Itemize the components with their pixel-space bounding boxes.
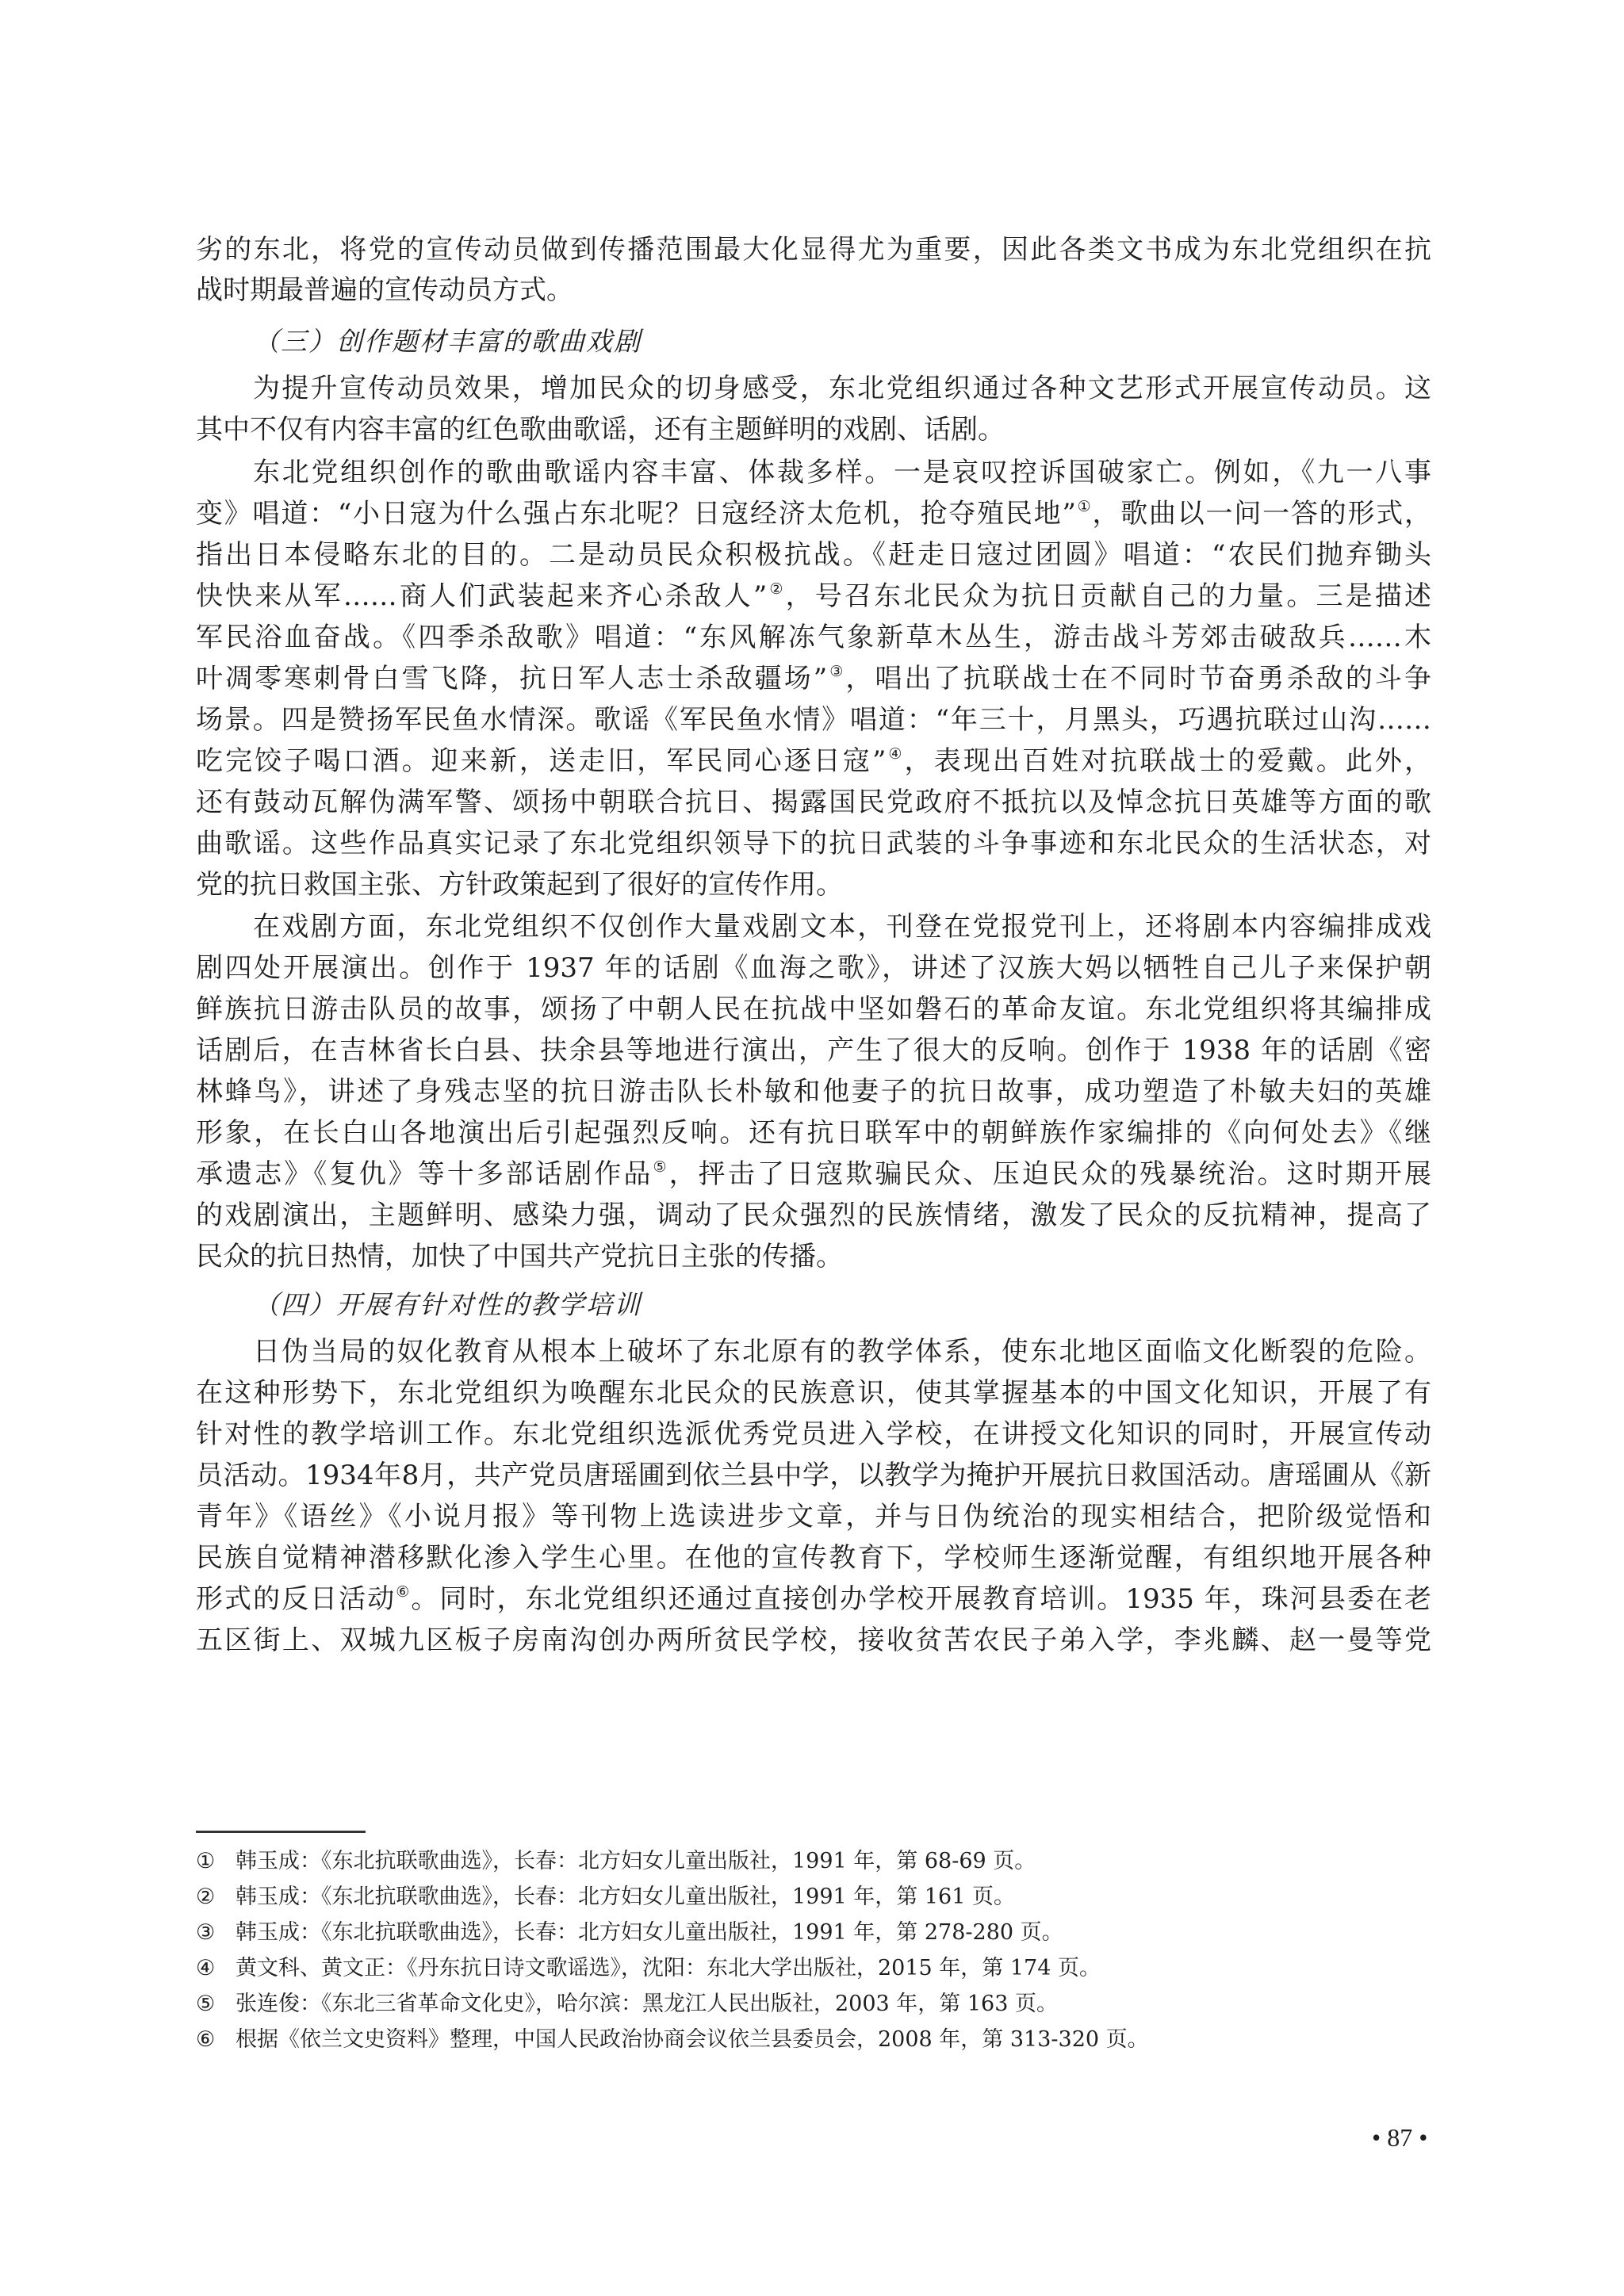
body-text-column: 劣的东北，将党的宣传动员做到传播范围最大化显得尤为重要，因此各类文书成为东北党组… (196, 0, 1431, 1823)
line-text: 叶凋零寒刺骨白雪飞降，抗日军人志士杀敌疆场” (196, 663, 827, 695)
footnote-reference[interactable]: ⑤ (653, 1158, 669, 1176)
line-text: 鲜族抗日游击队员的故事，颂扬了中朝人民在抗战中坚如磐石的革命友谊。东北党组织将其… (196, 993, 1431, 1025)
text-line: 指出日本侵略东北的目的。二是动员民众积极抗战。《赶走日寇过团圆》唱道：“农民们抛… (196, 534, 1431, 576)
line-text-continued: ，表现出百姓对抗联战士的爱戴。此外， (905, 745, 1431, 777)
line-text: 其中不仅有内容丰富的红色歌曲歌谣，还有主题鲜明的戏剧、话剧。 (196, 414, 1005, 446)
line-text: 劣的东北，将党的宣传动员做到传播范围最大化显得尤为重要，因此各类文书成为东北党组… (196, 234, 1431, 266)
text-line: 变》唱道：“小日寇为什么强占东北呢？日寇经济太危机，抢夺殖民地”①，歌曲以一问一… (196, 493, 1431, 534)
text-line: 党的抗日救国主张、方针政策起到了很好的宣传作用。 (196, 864, 1431, 905)
line-text: 青年》《语丝》《小说月报》等刊物上选读进步文章，并与日伪统治的现实相结合，把阶级… (196, 1501, 1431, 1533)
text-line: 战时期最普遍的宣传动员方式。 (196, 270, 1431, 311)
line-text: 吃完饺子喝口酒。迎来新，送走旧，军民同心逐日寇” (196, 745, 886, 777)
text-line: 在这种形势下，东北党组织为唤醒东北民众的民族意识，使其掌握基本的中国文化知识，开… (196, 1372, 1431, 1414)
text-line: 承遗志》《复仇》等十多部话剧作品⑤，抨击了日寇欺骗民众、压迫民众的残暴统治。这时… (196, 1154, 1431, 1195)
line-text: 形式的反日活动 (196, 1583, 396, 1615)
line-text: 民族自觉精神潜移默化渗入学生心里。在他的宣传教育下，学校师生逐渐觉醒，有组织地开… (196, 1542, 1431, 1574)
section-heading: （四）开展有针对性的教学培训 (253, 1284, 642, 1326)
footnote-marker: ① (196, 1846, 236, 1877)
line-text-continued: ，号召东北民众为抗日贡献自己的力量。三是描述 (786, 580, 1431, 612)
footnote-item: ③韩玉成：《东北抗联歌曲选》，长春：北方妇女儿童出版社，1991 年，第 278… (196, 1917, 1063, 1949)
text-line: 为提升宣传动员效果，增加民众的切身感受，东北党组织通过各种文艺形式开展宣传动员。… (196, 368, 1431, 409)
line-text: 曲歌谣。这些作品真实记录了东北党组织领导下的抗日武装的斗争事迹和东北民众的生活状… (196, 828, 1431, 859)
line-text: 剧四处开展演出。创作于 1937 年的话剧《血海之歌》，讲述了汉族大妈以牺牲自己… (196, 952, 1431, 984)
footnote-marker: ⑤ (196, 1988, 236, 2020)
footnote-item: ④黄文科、黄文正：《丹东抗日诗文歌谣选》，沈阳：东北大学出版社，2015 年，第… (196, 1953, 1101, 1984)
text-line: 其中不仅有内容丰富的红色歌曲歌谣，还有主题鲜明的戏剧、话剧。 (196, 409, 1431, 450)
line-text: 日伪当局的奴化教育从根本上破坏了东北原有的教学体系，使东北地区面临文化断裂的危险… (253, 1336, 1431, 1368)
text-line: 曲歌谣。这些作品真实记录了东北党组织领导下的抗日武装的斗争事迹和东北民众的生活状… (196, 823, 1431, 864)
line-text: 在这种形势下，东北党组织为唤醒东北民众的民族意识，使其掌握基本的中国文化知识，开… (196, 1377, 1431, 1409)
line-text: 话剧后，在吉林省长白县、扶余县等地进行演出，产生了很大的反响。创作于 1938 … (196, 1035, 1431, 1066)
document-page: 劣的东北，将党的宣传动员做到传播范围最大化显得尤为重要，因此各类文书成为东北党组… (0, 0, 1624, 2296)
line-text: 针对性的教学培训工作。东北党组织选派优秀党员进入学校，在讲授文化知识的同时，开展… (196, 1418, 1431, 1450)
text-line: 快快来从军……商人们武装起来齐心杀敌人”②，号召东北民众为抗日贡献自己的力量。三… (196, 576, 1431, 617)
text-line: 的戏剧演出，主题鲜明、感染力强，调动了民众强烈的民族情绪，激发了民众的反抗精神，… (196, 1195, 1431, 1236)
line-text: 变》唱道：“小日寇为什么强占东北呢？日寇经济太危机，抢夺殖民地” (196, 498, 1076, 530)
line-text-continued: ，歌曲以一问一答的形式， (1092, 498, 1431, 530)
text-line: 在戏剧方面，东北党组织不仅创作大量戏剧文本，刊登在党报党刊上，还将剧本内容编排成… (196, 906, 1431, 947)
footnote-text: 韩玉成：《东北抗联歌曲选》，长春：北方妇女儿童出版社，1991 年，第 278-… (236, 1920, 1063, 1945)
text-line: 青年》《语丝》《小说月报》等刊物上选读进步文章，并与日伪统治的现实相结合，把阶级… (196, 1496, 1431, 1537)
text-line: 民众的抗日热情，加快了中国共产党抗日主张的传播。 (196, 1236, 1431, 1277)
line-text: 民众的抗日热情，加快了中国共产党抗日主张的传播。 (196, 1241, 843, 1272)
text-line: 鲜族抗日游击队员的故事，颂扬了中朝人民在抗战中坚如磐石的革命友谊。东北党组织将其… (196, 989, 1431, 1030)
footnote-reference[interactable]: ② (767, 580, 785, 598)
text-line: 东北党组织创作的歌曲歌谣内容丰富、体裁多样。一是哀叹控诉国破家亡。例如，《九一八… (196, 452, 1431, 493)
text-line: 员活动。1934年8月，共产党员唐瑶圃到依兰县中学，以教学为掩护开展抗日救国活动… (196, 1455, 1431, 1496)
footnote-marker: ② (196, 1881, 236, 1913)
text-line: 还有鼓动瓦解伪满军警、颂扬中朝联合抗日、揭露国民党政府不抵抗以及悼念抗日英雄等方… (196, 782, 1431, 823)
text-line: 针对性的教学培训工作。东北党组织选派优秀党员进入学校，在讲授文化知识的同时，开展… (196, 1414, 1431, 1455)
text-line: 军民浴血奋战。《四季杀敌歌》唱道：“东风解冻气象新草木丛生，游击战斗芳郊击破敌兵… (196, 617, 1431, 658)
line-text: 党的抗日救国主张、方针政策起到了很好的宣传作用。 (196, 869, 843, 901)
footnote-text: 韩玉成：《东北抗联歌曲选》，长春：北方妇女儿童出版社，1991 年，第 161 … (236, 1885, 1015, 1909)
line-text: 五区街上、双城九区板子房南沟创办两所贫民学校，接收贫苦农民子弟入学，李兆麟、赵一… (196, 1624, 1431, 1656)
footnote-divider (196, 1831, 366, 1833)
line-text: 员活动。1934年8月，共产党员唐瑶圃到依兰县中学，以教学为掩护开展抗日救国活动… (196, 1460, 1431, 1491)
footnote-text: 张连俊：《东北三省革命文化史》，哈尔滨：黑龙江人民出版社，2003 年，第 16… (236, 1992, 1058, 2016)
footnote-reference[interactable]: ① (1076, 498, 1093, 515)
text-line: 林蜂鸟》，讲述了身残志坚的抗日游击队长朴敏和他妻子的抗日故事，成功塑造了朴敏夫妇… (196, 1071, 1431, 1112)
text-line: 话剧后，在吉林省长白县、扶余县等地进行演出，产生了很大的反响。创作于 1938 … (196, 1030, 1431, 1071)
line-text: 林蜂鸟》，讲述了身残志坚的抗日游击队长朴敏和他妻子的抗日故事，成功塑造了朴敏夫妇… (196, 1076, 1431, 1108)
footnote-marker: ⑥ (196, 2024, 236, 2056)
text-line: 剧四处开展演出。创作于 1937 年的话剧《血海之歌》，讲述了汉族大妈以牺牲自己… (196, 947, 1431, 989)
footnote-text: 韩玉成：《东北抗联歌曲选》，长春：北方妇女儿童出版社，1991 年，第 68-6… (236, 1849, 1036, 1873)
line-text: 在戏剧方面，东北党组织不仅创作大量戏剧文本，刊登在党报党刊上，还将剧本内容编排成… (253, 911, 1431, 943)
line-text: 东北党组织创作的歌曲歌谣内容丰富、体裁多样。一是哀叹控诉国破家亡。例如，《九一八… (253, 457, 1431, 488)
line-text: 快快来从军……商人们武装起来齐心杀敌人” (196, 580, 767, 612)
line-text: 形象，在长白山各地演出后引起强烈反响。还有抗日联军中的朝鲜族作家编排的《向何处去… (196, 1117, 1431, 1149)
footnote-marker: ④ (196, 1953, 236, 1984)
footnote-item: ⑥根据《依兰文史资料》整理，中国人民政治协商会议依兰县委员会，2008 年，第 … (196, 2024, 1149, 2056)
text-line: 民族自觉精神潜移默化渗入学生心里。在他的宣传教育下，学校师生逐渐觉醒，有组织地开… (196, 1537, 1431, 1578)
text-line: 吃完饺子喝口酒。迎来新，送走旧，军民同心逐日寇”④，表现出百姓对抗联战士的爱戴。… (196, 740, 1431, 782)
line-text-continued: 。同时，东北党组织还通过直接创办学校开展教育培训。1935 年，珠河县委在老 (411, 1583, 1431, 1615)
text-line: 五区街上、双城九区板子房南沟创办两所贫民学校，接收贫苦农民子弟入学，李兆麟、赵一… (196, 1620, 1431, 1661)
line-text-continued: ，唱出了抗联战士在不同时节奋勇杀敌的斗争 (845, 663, 1431, 695)
text-line: 形式的反日活动⑥。同时，东北党组织还通过直接创办学校开展教育培训。1935 年，… (196, 1578, 1431, 1620)
footnote-text: 黄文科、黄文正：《丹东抗日诗文歌谣选》，沈阳：东北大学出版社，2015 年，第 … (236, 1956, 1101, 1980)
line-text: 为提升宣传动员效果，增加民众的切身感受，东北党组织通过各种文艺形式开展宣传动员。… (253, 373, 1431, 404)
line-text: 军民浴血奋战。《四季杀敌歌》唱道：“东风解冻气象新草木丛生，游击战斗芳郊击破敌兵… (196, 622, 1431, 653)
line-text: 还有鼓动瓦解伪满军警、颂扬中朝联合抗日、揭露国民党政府不抵抗以及悼念抗日英雄等方… (196, 786, 1431, 818)
footnote-text: 根据《依兰文史资料》整理，中国人民政治协商会议依兰县委员会，2008 年，第 3… (236, 2027, 1149, 2052)
line-text-continued: ，抨击了日寇欺骗民众、压迫民众的残暴统治。这时期开展 (669, 1158, 1431, 1190)
section-heading: （三）创作题材丰富的歌曲戏剧 (253, 321, 642, 362)
text-line: 形象，在长白山各地演出后引起强烈反响。还有抗日联军中的朝鲜族作家编排的《向何处去… (196, 1112, 1431, 1154)
line-text: 承遗志》《复仇》等十多部话剧作品 (196, 1158, 653, 1190)
text-line: 场景。四是赞扬军民鱼水情深。歌谣《军民鱼水情》唱道：“年三十，月黑头，巧遇抗联过… (196, 699, 1431, 740)
footnote-item: ①韩玉成：《东北抗联歌曲选》，长春：北方妇女儿童出版社，1991 年，第 68-… (196, 1846, 1036, 1877)
line-text: 指出日本侵略东北的目的。二是动员民众积极抗战。《赶走日寇过团圆》唱道：“农民们抛… (196, 539, 1431, 571)
line-text: 战时期最普遍的宣传动员方式。 (196, 274, 573, 306)
footnote-marker: ③ (196, 1917, 236, 1949)
text-line: 劣的东北，将党的宣传动员做到传播范围最大化显得尤为重要，因此各类文书成为东北党组… (196, 229, 1431, 270)
text-line: 叶凋零寒刺骨白雪飞降，抗日军人志士杀敌疆场”③，唱出了抗联战士在不同时节奋勇杀敌… (196, 658, 1431, 699)
footnote-reference[interactable]: ④ (886, 745, 904, 763)
footnote-reference[interactable]: ⑥ (396, 1583, 411, 1601)
footnote-item: ②韩玉成：《东北抗联歌曲选》，长春：北方妇女儿童出版社，1991 年，第 161… (196, 1881, 1015, 1913)
line-text: 的戏剧演出，主题鲜明、感染力强，调动了民众强烈的民族情绪，激发了民众的反抗精神，… (196, 1200, 1431, 1231)
footnote-item: ⑤张连俊：《东北三省革命文化史》，哈尔滨：黑龙江人民出版社，2003 年，第 1… (196, 1988, 1058, 2020)
page-number: • 87 • (1372, 2122, 1427, 2153)
line-text: 场景。四是赞扬军民鱼水情深。歌谣《军民鱼水情》唱道：“年三十，月黑头，巧遇抗联过… (196, 704, 1431, 736)
text-line: 日伪当局的奴化教育从根本上破坏了东北原有的教学体系，使东北地区面临文化断裂的危险… (196, 1331, 1431, 1372)
footnote-reference[interactable]: ③ (827, 663, 845, 680)
